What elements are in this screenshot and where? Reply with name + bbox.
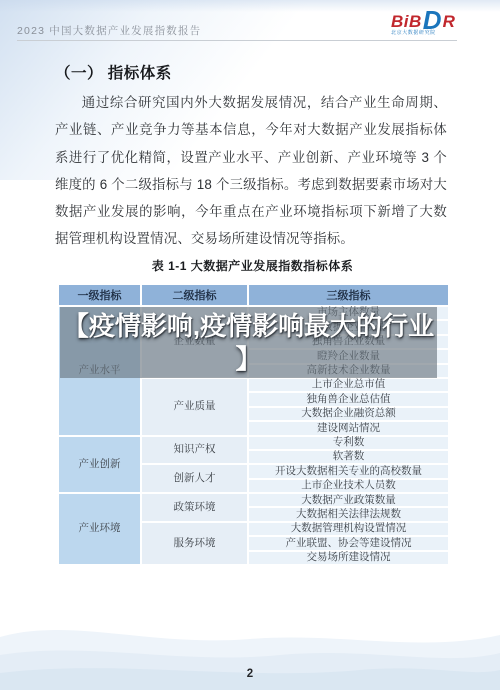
level3-cell: 建设网站情况 [248, 421, 449, 435]
header-divider [17, 40, 457, 41]
header-row: 一级指标 二级指标 三级指标 [58, 284, 449, 306]
header-level3: 三级指标 [248, 284, 449, 306]
logo-subtext: 北京大数据研究院 [391, 31, 471, 36]
level3-cell: 上市企业技术人员数 [248, 479, 449, 493]
section-heading: （一） 指标体系 [55, 61, 172, 83]
level3-cell: 产业联盟、协会等建设情况 [248, 536, 449, 550]
level3-cell: 大数据企业融资总额 [248, 407, 449, 421]
level2-cell: 创新人才 [141, 464, 248, 493]
level2-cell: 产业质量 [141, 378, 248, 436]
level3-cell: 上市企业总市值 [248, 378, 449, 392]
table-row: 产业创新知识产权专利数 [58, 436, 449, 450]
level3-cell: 专利数 [248, 436, 449, 450]
headline-overlay: 【疫情影响,疫情影响最大的行业 】 [60, 307, 437, 378]
bibdr-logo: BiB D R 北京大数据研究院 [391, 7, 471, 36]
level3-cell: 大数据产业政策数量 [248, 493, 449, 507]
headline-text-line2: 】 [235, 343, 261, 376]
level2-cell: 知识产权 [141, 436, 248, 465]
level3-cell: 开设大数据相关专业的高校数量 [248, 464, 449, 478]
level1-cell: 产业创新 [58, 436, 141, 494]
running-header-title: 2023 中国大数据产业发展指数报告 [17, 23, 201, 38]
table-caption: 表 1-1 大数据产业发展指数指标体系 [57, 257, 448, 274]
logo-text-bib: BiB [391, 13, 422, 30]
level3-cell: 交易场所建设情况 [248, 551, 449, 565]
level3-cell: 大数据相关法律法规数 [248, 507, 449, 521]
level3-cell: 软著数 [248, 450, 449, 464]
header-level2: 二级指标 [141, 284, 248, 306]
header-level1: 一级指标 [58, 284, 141, 306]
table-row: 产业环境政策环境大数据产业政策数量 [58, 493, 449, 507]
level3-cell: 独角兽企业总估值 [248, 392, 449, 406]
section-paragraph: 通过综合研究国内外大数据发展情况，结合产业生命周期、产业链、产业竞争力等基本信息… [55, 89, 447, 253]
level2-cell: 政策环境 [141, 493, 248, 522]
report-page: 2023 中国大数据产业发展指数报告 BiB D R 北京大数据研究院 （一） … [0, 0, 500, 690]
page-number: 2 [0, 668, 500, 680]
logo-text-r: R [443, 13, 455, 30]
logo-wordmark: BiB D R [391, 7, 471, 30]
headline-text-line1: 【疫情影响,疫情影响最大的行业 [63, 310, 434, 343]
level2-cell: 服务环境 [141, 522, 248, 565]
indicator-table-head: 一级指标 二级指标 三级指标 [58, 284, 449, 306]
level3-cell: 大数据管理机构设置情况 [248, 522, 449, 536]
level1-cell: 产业环境 [58, 493, 141, 565]
